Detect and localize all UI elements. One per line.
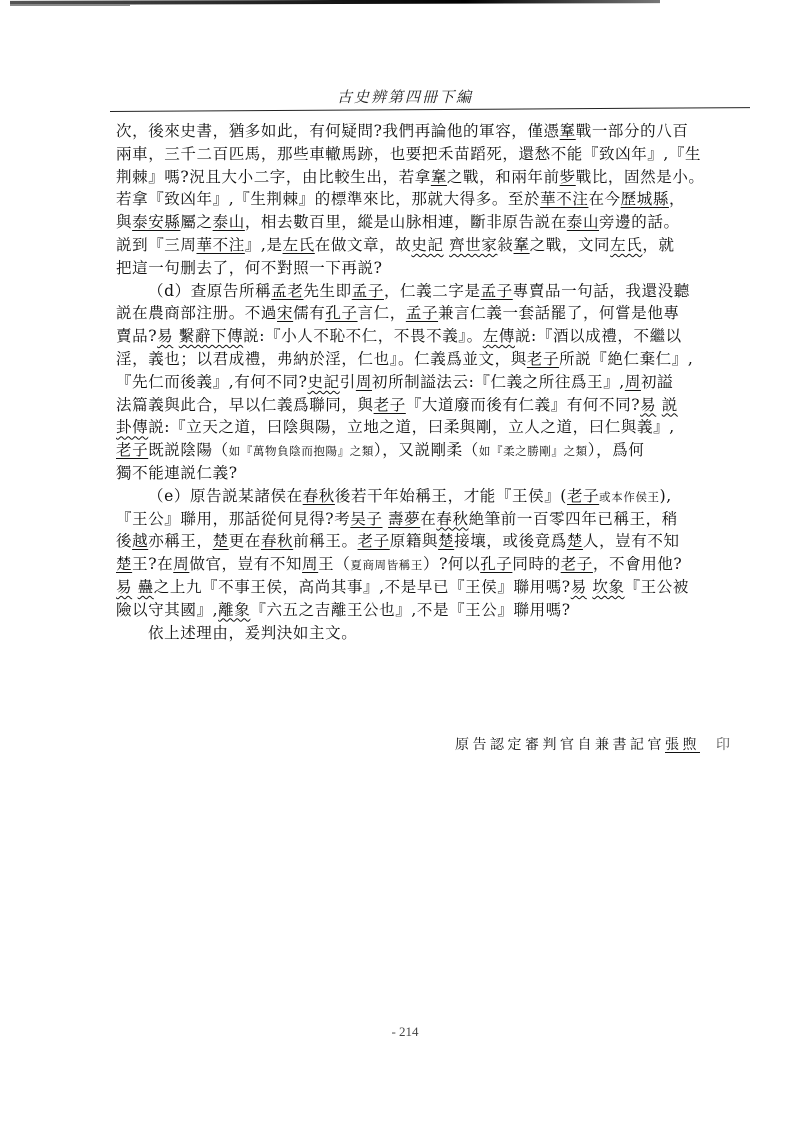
text-segment: 』,是 — [245, 236, 283, 254]
text-segment: 之戰，和兩年前 — [447, 168, 560, 186]
text-line: 若拿『致凶年』,『生荆棘』的標準來比，那就大得多。至於華不注在今歷城縣， — [116, 188, 752, 211]
text-segment: 之上九『不事王侯，高尚其事』,不是早已『王侯』聯用嗎? — [154, 578, 571, 596]
proper-noun-underlined: 老子 — [116, 441, 148, 459]
text-segment: ，不會用他? — [593, 555, 682, 573]
text-segment: 先生即 — [303, 282, 351, 300]
text-line: 兩車，三千二百匹馬，那些車轍馬跡，也要把禾苗蹈死，還愁不能『致凶年』,『生 — [116, 143, 752, 166]
text-segment: 『六五之吉離王公也』,不是『王公』聯用嗎? — [250, 601, 570, 619]
text-line: 説在農商部注册。不過宋儒有孔子言仁，孟子兼言仁義一套話罷了，何嘗是他專 — [116, 302, 752, 325]
text-segment: 儒有 — [293, 304, 325, 322]
text-segment: 兩車，三千二百匹馬，那些車轍馬跡，也要把禾苗蹈死，還愁不能『致凶年』,『生 — [116, 145, 701, 163]
proper-noun-underlined: 鞌 — [514, 236, 530, 254]
proper-noun-underlined: 楚 — [213, 532, 229, 550]
text-segment: 『王公被 — [625, 578, 689, 596]
inline-note: 如『柔之勝剛』之類 — [479, 444, 588, 458]
inline-note: 夏商周皆稱王 — [350, 558, 423, 572]
text-segment: ），又説剛柔（ — [374, 441, 479, 459]
text-segment: 『先仁而後義』,有何不同? — [116, 373, 308, 391]
text-line: 與泰安縣屬之泰山，相去數百里，縱是山脉相連，斷非原告説在泰山旁邊的話。 — [116, 211, 752, 234]
proper-noun-underlined: 老子 — [561, 555, 593, 573]
text-line: 依上述理由，爰判決如主文。 — [116, 622, 752, 645]
book-title-wavy: 齊世家 — [449, 236, 497, 254]
book-title-wavy: 易 — [640, 396, 656, 414]
text-segment: 前稱王。 — [293, 532, 357, 550]
text-segment: 在今 — [588, 190, 620, 208]
text-segment: 初所制謚法云:『仁義之所往爲王』, — [372, 373, 625, 391]
text-segment: 法篇義與此合，早以仁義爲聯同，與 — [116, 396, 374, 414]
proper-noun-underlined: 宋 — [277, 304, 293, 322]
text-line: 説到『三周華不注』,是左氏在做文章，故史記 齊世家敍鞌之戰，文同左氏，就 — [116, 234, 752, 257]
book-title-wavy: 離象 — [218, 601, 250, 619]
text-segment: 説在農商部注册。不過 — [116, 304, 277, 322]
text-line: 淫，義也；以君成禮，弗納於淫，仁也』。仁義爲並文，與老子所説『絶仁棄仁』, — [116, 348, 752, 371]
text-line: 險以守其國』,離象『六五之吉離王公也』,不是『王公』聯用嗎? — [116, 599, 752, 622]
proper-noun-underlined: 孟子 — [481, 282, 513, 300]
book-title-wavy: 易 — [116, 578, 132, 596]
text-line: 後越亦稱王，楚更在春秋前稱王。老子原籍與楚接壤，或後竟爲楚人，豈有不知 — [116, 530, 752, 553]
text-segment: 同時的 — [512, 555, 560, 573]
text-segment: 旁邊的話。 — [599, 213, 680, 231]
text-segment: 依上述理由，爰判決如主文。 — [148, 624, 357, 642]
proper-noun-underlined: 泰山 — [213, 213, 245, 231]
text-segment: 淫，義也；以君成禮，弗納於淫，仁也』。仁義爲並文，與 — [116, 350, 527, 368]
text-segment: 若拿『致凶年』,『生荆棘』的標準來比，那就大得多。至於 — [116, 190, 540, 208]
text-segment: 説:『小人不恥不仁，不畏不義』。 — [243, 327, 483, 345]
book-title-wavy: 繫辭下傳 — [179, 327, 243, 345]
proper-noun-underlined: 孔子 — [325, 304, 357, 322]
text-segment: 在做文章，故 — [315, 236, 412, 254]
text-segment: ），爲何 — [588, 441, 645, 459]
signature-line: 原告認定審判官自兼書記官張煦印 — [455, 734, 734, 754]
text-segment: 戰一部分的八百 — [576, 122, 689, 140]
book-title-wavy: 蠱 — [138, 578, 154, 596]
proper-noun-underlined: 老子 — [567, 487, 599, 505]
text-segment: 引 — [340, 373, 356, 391]
text-segment: 敍 — [497, 236, 513, 254]
text-segment: ，相去數百里，縱是山脉相連，斷非原告説在 — [245, 213, 567, 231]
book-title-wavy: 卦傳 — [116, 418, 148, 436]
proper-noun-underlined: 周 — [173, 555, 189, 573]
text-segment: 做官，豈有不知 — [189, 555, 302, 573]
text-line: （d）查原告所稱孟老先生即孟子，仁義二字是孟子專賣品一句話，我還没聽 — [116, 280, 752, 303]
proper-noun-underlined: 吴子 — [350, 510, 382, 528]
proper-noun-underlined: 泰山 — [567, 213, 599, 231]
signature-name: 張煦 — [665, 737, 700, 753]
text-line: 次，後來史書，猶多如此，有何疑問?我們再論他的軍容，僅憑鞌戰一部分的八百 — [116, 120, 752, 143]
text-segment: 次，後來史書，猶多如此，有何疑問?我們再論他的軍容，僅憑 — [116, 122, 560, 140]
text-segment: 王?在 — [132, 555, 173, 573]
proper-noun-underlined: 老子 — [374, 396, 406, 414]
text-segment: ), — [660, 487, 672, 505]
text-line: 把這一句删去了，何不對照一下再説? — [116, 257, 752, 280]
text-line: 卦傳説:『立天之道，曰陰與陽，立地之道，曰柔與剛，立人之道，曰仁與義』, — [116, 416, 752, 439]
text-segment: 賣品? — [116, 327, 157, 345]
proper-noun-underlined: 老子 — [527, 350, 559, 368]
proper-noun-underlined: 老子 — [358, 532, 390, 550]
text-segment: 與 — [116, 213, 132, 231]
text-segment: 説到『三周 — [116, 236, 197, 254]
text-line: 獨不能連説仁義? — [116, 462, 752, 485]
text-segment: 之戰，文同 — [530, 236, 611, 254]
book-title-wavy: 説 — [662, 396, 678, 414]
text-line: 老子既説陰陽（如『萬物負陰而抱陽』之類），又説剛柔（如『柔之勝剛』之類），爲何 — [116, 439, 752, 462]
proper-noun-underlined: 㱔 — [560, 168, 576, 186]
text-segment: 更在 — [229, 532, 261, 550]
header-rule — [110, 107, 750, 112]
proper-noun-underlined: 楚 — [567, 532, 583, 550]
text-line: 荆棘』嗎?況且大小二字，由比較生出，若拿鞌之戰，和兩年前㱔戰比，固然是小。 — [116, 166, 752, 189]
text-segment: 初謚 — [641, 373, 673, 391]
proper-noun-underlined: 楚 — [116, 555, 132, 573]
page-number: - 214 — [0, 1024, 810, 1040]
book-title-wavy: 史記 — [411, 236, 443, 254]
text-line: 賣品?易 繫辭下傳説:『小人不恥不仁，不畏不義』。左傳説:『酒以成禮，不繼以 — [116, 325, 752, 348]
book-title-wavy: 春秋 — [436, 510, 468, 528]
proper-noun-underlined: 歷城縣 — [621, 190, 669, 208]
text-segment: 專賣品一句話，我還没聽 — [513, 282, 690, 300]
text-segment: （e）原告説某諸侯在 — [148, 487, 303, 505]
text-segment: 言仁， — [358, 304, 406, 322]
text-line: 『先仁而後義』,有何不同?史記引周初所制謚法云:『仁義之所往爲王』,周初謚 — [116, 371, 752, 394]
proper-noun-underlined: 越 — [132, 532, 148, 550]
text-segment: 王（ — [318, 555, 350, 573]
book-title-wavy: 坎象 — [592, 578, 624, 596]
text-segment: 接壤，或後竟爲 — [454, 532, 567, 550]
book-title-wavy: 易 — [571, 578, 587, 596]
signature-title: 原告認定審判官自兼書記官 — [455, 737, 665, 753]
text-line: 『王公』聯用，那話從何見得?考吴子 壽夢在春秋絶筆前一百零四年已稱王，稍 — [116, 508, 752, 531]
seal-mark: 印 — [716, 737, 734, 753]
text-segment: 人，豈有不知 — [583, 532, 680, 550]
text-segment: （d）查原告所稱 — [148, 282, 271, 300]
book-title-wavy: 易 — [157, 327, 173, 345]
running-head: 古史辨第四冊下編 — [0, 86, 810, 107]
proper-noun-underlined: 楚 — [438, 532, 454, 550]
text-line: 法篇義與此合，早以仁義爲聯同，與老子『大道廢而後有仁義』有何不同?易 説 — [116, 394, 752, 417]
text-segment: 在 — [420, 510, 436, 528]
text-segment: 後若干年始稱王，才能『王侯』( — [335, 487, 567, 505]
proper-noun-underlined: 華不注 — [540, 190, 588, 208]
text-segment: 荆棘』嗎?況且大小二字，由比較生出，若拿 — [116, 168, 431, 186]
book-title-wavy: 左傳 — [483, 327, 515, 345]
text-segment: 原籍與 — [390, 532, 438, 550]
text-line: 易 蠱之上九『不事王侯，高尚其事』,不是早已『王侯』聯用嗎?易 坎象『王公被 — [116, 576, 752, 599]
proper-noun-underlined: 春秋 — [303, 487, 335, 505]
text-segment: 絶筆前一百零四年已稱王，稍 — [469, 510, 678, 528]
text-segment: ， — [669, 190, 685, 208]
text-segment: 屬之 — [180, 213, 212, 231]
text-segment: 險以守其國』, — [116, 601, 218, 619]
text-segment: 説:『酒以成禮，不繼以 — [515, 327, 682, 345]
proper-noun-underlined: 左氏 — [283, 236, 315, 254]
proper-noun-underlined: 鞌 — [560, 122, 576, 140]
text-segment: 把這一句删去了，何不對照一下再説? — [116, 259, 383, 277]
proper-noun-underlined: 周 — [625, 373, 641, 391]
text-segment: 戰比，固然是小。 — [576, 168, 705, 186]
text-segment: ）?何以 — [423, 555, 480, 573]
book-title-wavy: 左氏 — [610, 236, 642, 254]
text-segment: 亦稱王， — [148, 532, 212, 550]
text-segment: 兼言仁義一套話罷了，何嘗是他專 — [438, 304, 680, 322]
proper-noun-underlined: 孟子 — [406, 304, 438, 322]
text-segment: ，仁義二字是 — [384, 282, 481, 300]
proper-noun-underlined: 春秋 — [261, 532, 293, 550]
document-body: 次，後來史書，猶多如此，有何疑問?我們再論他的軍容，僅憑鞌戰一部分的八百兩車，三… — [116, 120, 752, 644]
proper-noun-underlined: 周 — [302, 555, 318, 573]
proper-noun-underlined: 周 — [356, 373, 372, 391]
proper-noun-underlined: 泰安縣 — [132, 213, 180, 231]
text-segment: 『王公』聯用，那話從何見得?考 — [116, 510, 350, 528]
inline-note: 如『萬物負陰而抱陽』之類 — [229, 444, 374, 458]
inline-note: 或本作侯王 — [599, 490, 660, 504]
proper-noun-underlined: 壽夢 — [388, 510, 420, 528]
scan-edge-shadow-secondary — [10, 4, 130, 6]
text-segment: 獨不能連説仁義? — [116, 464, 238, 482]
proper-noun-underlined: 孔子 — [480, 555, 512, 573]
text-segment: 所説『絶仁棄仁』, — [559, 350, 693, 368]
text-segment: 既説陰陽（ — [148, 441, 229, 459]
proper-noun-underlined: 華不注 — [197, 236, 245, 254]
proper-noun-underlined: 孟子 — [352, 282, 384, 300]
text-line: （e）原告説某諸侯在春秋後若干年始稱王，才能『王侯』(老子或本作侯王), — [116, 485, 752, 508]
text-segment: 後 — [116, 532, 132, 550]
proper-noun-underlined: 孟老 — [271, 282, 303, 300]
text-line: 楚王?在周做官，豈有不知周王（夏商周皆稱王）?何以孔子同時的老子，不會用他? — [116, 553, 752, 576]
book-title-wavy: 史記 — [308, 373, 340, 391]
text-segment: 『大道廢而後有仁義』有何不同? — [406, 396, 640, 414]
text-segment: ，就 — [642, 236, 674, 254]
proper-noun-underlined: 鞌 — [431, 168, 447, 186]
text-segment: 説:『立天之道，曰陰與陽，立地之道，曰柔與剛，立人之道，曰仁與義』, — [148, 418, 675, 436]
